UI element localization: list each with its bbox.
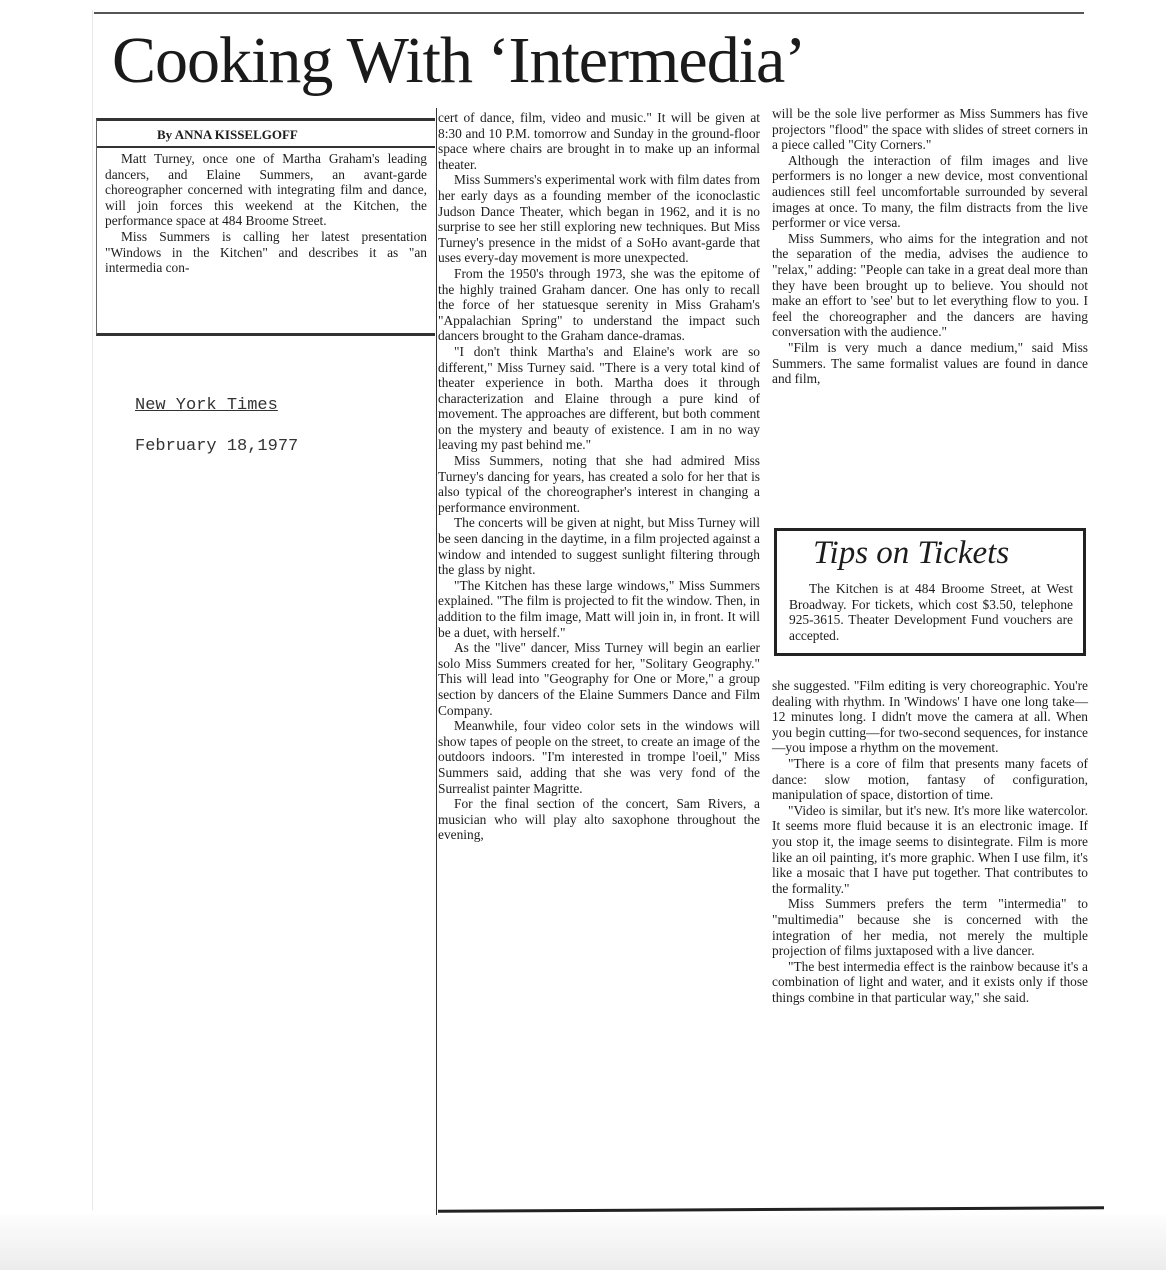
bottom-rule — [438, 1206, 1104, 1212]
column-2: cert of dance, film, video and music." I… — [438, 110, 760, 843]
paragraph: she suggested. "Film editing is very cho… — [772, 678, 1088, 756]
paragraph: "The Kitchen has these large windows," M… — [438, 578, 760, 640]
paragraph: "The best intermedia effect is the rainb… — [772, 959, 1088, 1006]
page-edge — [92, 10, 93, 1210]
byline: By ANNA KISSELGOFF — [97, 127, 435, 148]
paragraph: Miss Summers's experimental work with fi… — [438, 172, 760, 266]
paragraph: will be the sole live performer as Miss … — [772, 106, 1088, 153]
newspaper-clipping: Cooking With ‘Intermedia’ By ANNA KISSEL… — [94, 10, 1094, 1225]
paragraph: "Video is similar, but it's new. It's mo… — [772, 803, 1088, 897]
headline-box: Cooking With ‘Intermedia’ — [94, 12, 1084, 114]
column-3: will be the sole live performer as Miss … — [772, 106, 1088, 387]
publication-date: February 18,1977 — [135, 437, 298, 456]
tips-body: The Kitchen is at 484 Broome Street, at … — [789, 581, 1073, 643]
tips-on-tickets-box: Tips on Tickets The Kitchen is at 484 Br… — [774, 528, 1086, 656]
paragraph: "There is a core of film that presents m… — [772, 756, 1088, 803]
tips-title: Tips on Tickets — [813, 535, 1009, 572]
viewer-bottom-edge — [0, 1215, 1166, 1270]
paragraph: "Film is very much a dance medium," said… — [772, 340, 1088, 387]
paragraph: cert of dance, film, video and music." I… — [438, 110, 760, 172]
intro-box: By ANNA KISSELGOFF Matt Turney, once one… — [96, 118, 435, 336]
source-annotation: New York Times February 18,1977 — [135, 396, 298, 456]
column-3-continued: she suggested. "Film editing is very cho… — [772, 678, 1088, 1005]
publication-name: New York Times — [135, 396, 298, 415]
paragraph: Miss Summers prefers the term "intermedi… — [772, 896, 1088, 958]
paragraph: Meanwhile, four video color sets in the … — [438, 718, 760, 796]
paragraph: Matt Turney, once one of Martha Graham's… — [105, 151, 427, 229]
paragraph: Miss Summers, who aims for the integrati… — [772, 231, 1088, 340]
headline: Cooking With ‘Intermedia’ — [112, 28, 805, 94]
paragraph: For the final section of the concert, Sa… — [438, 796, 760, 843]
paragraph: Miss Summers is calling her latest prese… — [105, 229, 427, 276]
paragraph: "I don't think Martha's and Elaine's wor… — [438, 344, 760, 453]
paragraph: As the "live" dancer, Miss Turney will b… — [438, 640, 760, 718]
paragraph: From the 1950's through 1973, she was th… — [438, 266, 760, 344]
paragraph: Although the interaction of film images … — [772, 153, 1088, 231]
column-rule — [436, 108, 437, 1233]
intro-column: Matt Turney, once one of Martha Graham's… — [105, 151, 427, 276]
paragraph: Miss Summers, noting that she had admire… — [438, 453, 760, 515]
paragraph: The concerts will be given at night, but… — [438, 515, 760, 577]
